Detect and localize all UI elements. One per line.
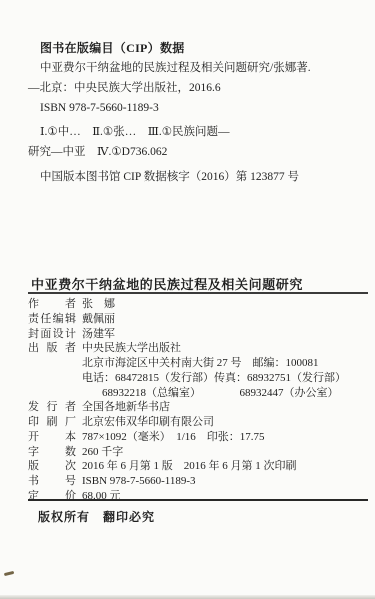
row-label: 书号 xyxy=(28,474,76,489)
row-value: 2016 年 6 月第 1 版 2016 年 6 月第 1 次印刷 xyxy=(82,459,297,474)
colophon-row-printer: 印刷厂 北京宏伟双华印刷有限公司 xyxy=(28,415,371,430)
cip-heading: 图书在版编目（CIP）数据 xyxy=(28,38,369,58)
row-value: 中央民族大学出版社 xyxy=(82,341,181,356)
row-value: 电话：68472815（发行部）传真：68932751（发行部） xyxy=(82,371,346,386)
colophon-row-price: 定价 68.00 元 xyxy=(28,489,371,504)
colophon-row-phone-2: 68932218（总编室） 68932447（办公室） xyxy=(28,386,371,401)
row-label: 版次 xyxy=(28,459,76,474)
row-label: 作者 xyxy=(28,297,76,312)
row-value: 北京宏伟双华印刷有限公司 xyxy=(82,415,214,430)
scan-artifact-mark xyxy=(4,571,14,576)
row-label: 封面设计 xyxy=(28,327,76,342)
row-label xyxy=(28,371,76,386)
bottom-divider xyxy=(28,499,368,501)
cip-title-line: 中亚费尔干纳盆地的民族过程及相关问题研究/张娜著. xyxy=(28,58,369,78)
row-label: 发行者 xyxy=(28,400,76,415)
book-title: 中亚费尔干纳盆地的民族过程及相关问题研究 xyxy=(31,274,303,293)
row-value: 戴佩丽 xyxy=(82,312,115,327)
row-label xyxy=(28,356,76,371)
row-value: 68.00 元 xyxy=(82,489,121,504)
row-value: ISBN 978-7-5660-1189-3 xyxy=(82,474,196,489)
colophon-row-isbn: 书号 ISBN 978-7-5660-1189-3 xyxy=(28,474,371,489)
row-value: 汤建军 xyxy=(82,327,115,342)
colophon-row-format: 开本 787×1092（毫米） 1/16 印张：17.75 xyxy=(28,430,371,445)
colophon-row-cover-design: 封面设计 汤建军 xyxy=(28,327,371,342)
colophon-row-address: 北京市海淀区中关村南大街 27 号 邮编：100081 xyxy=(28,356,371,371)
row-value: 68932218（总编室） 68932447（办公室） xyxy=(102,386,339,401)
row-value: 张 娜 xyxy=(82,297,115,312)
row-label: 印刷厂 xyxy=(28,415,76,430)
cip-classification-line-2: 研究—中亚 Ⅳ.①D736.062 xyxy=(28,142,369,162)
row-value: 全国各地新华书店 xyxy=(82,400,170,415)
colophon-row-edition: 版次 2016 年 6 月第 1 版 2016 年 6 月第 1 次印刷 xyxy=(28,459,371,474)
colophon-row-editor: 责任编辑 戴佩丽 xyxy=(28,312,371,327)
row-label xyxy=(28,386,76,401)
row-label: 定价 xyxy=(28,489,76,504)
page-bottom-edge xyxy=(0,595,375,599)
colophon-row-publisher: 出版者 中央民族大学出版社 xyxy=(28,341,371,356)
colophon-table: 作者 张 娜 责任编辑 戴佩丽 封面设计 汤建军 出版者 中央民族大学出版社 北… xyxy=(28,297,371,504)
row-value: 北京市海淀区中关村南大街 27 号 邮编：100081 xyxy=(82,356,319,371)
row-label: 开本 xyxy=(28,430,76,445)
row-value: 260 千字 xyxy=(82,445,123,460)
row-value: 787×1092（毫米） 1/16 印张：17.75 xyxy=(82,430,265,445)
cip-block: 图书在版编目（CIP）数据 中亚费尔干纳盆地的民族过程及相关问题研究/张娜著. … xyxy=(28,38,369,187)
colophon-row-phone: 电话：68472815（发行部）传真：68932751（发行部） xyxy=(28,371,371,386)
cip-isbn-line: ISBN 978-7-5660-1189-3 xyxy=(28,98,369,118)
row-label: 字数 xyxy=(28,445,76,460)
row-label: 责任编辑 xyxy=(28,312,76,327)
colophon-row-author: 作者 张 娜 xyxy=(28,297,371,312)
colophon-row-word-count: 字数 260 千字 xyxy=(28,445,371,460)
row-label: 出版者 xyxy=(28,341,76,356)
cip-classification-line-1: Ⅰ.①中… Ⅱ.①张… Ⅲ.①民族问题— xyxy=(28,122,369,142)
cip-publisher-line: —北京：中央民族大学出版社，2016.6 xyxy=(28,78,369,98)
title-divider xyxy=(28,292,368,294)
colophon-row-distributor: 发行者 全国各地新华书店 xyxy=(28,400,371,415)
copyright-notice: 版权所有 翻印必究 xyxy=(38,508,155,525)
cip-record-line: 中国版本图书馆 CIP 数据核字（2016）第 123877 号 xyxy=(28,167,369,187)
